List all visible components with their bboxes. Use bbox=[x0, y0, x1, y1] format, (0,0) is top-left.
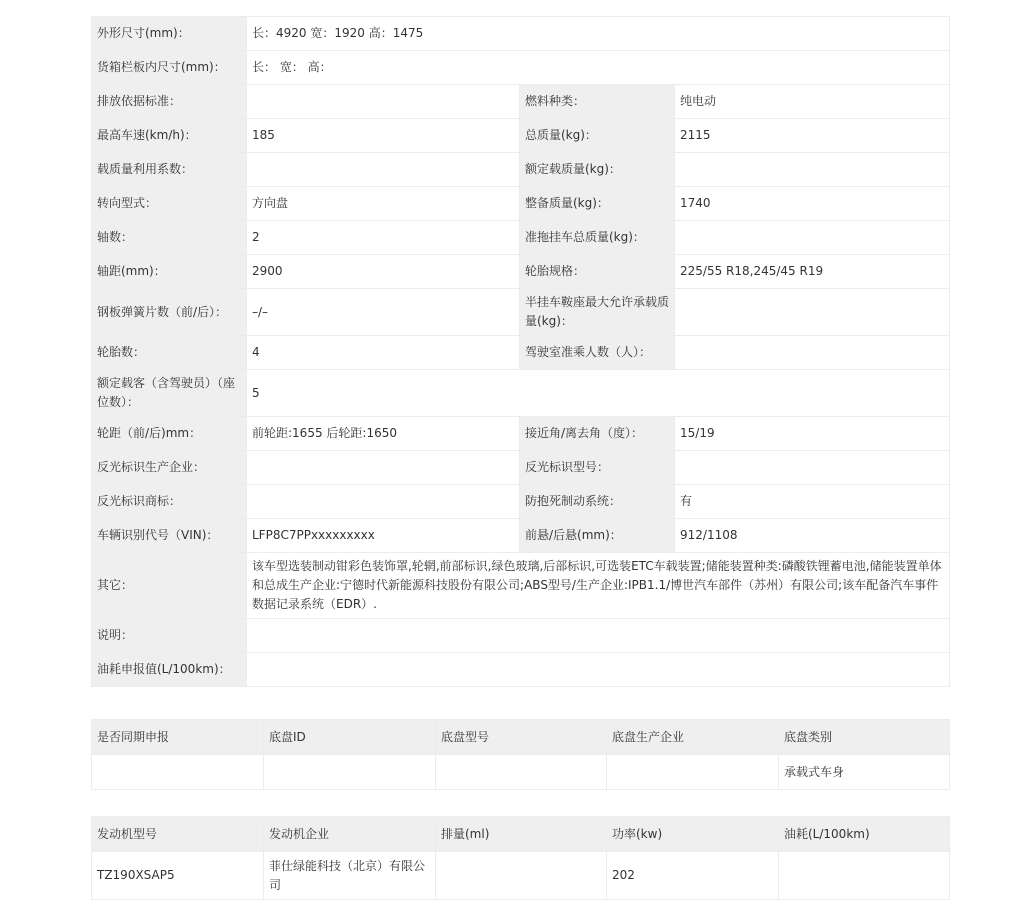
spec-label: 载质量利用系数： bbox=[92, 153, 247, 187]
table-row: 钢板弹簧片数（前/后）： –/– 半挂车鞍座最大允许承载质量(kg)： bbox=[92, 289, 950, 336]
table-row: 外形尺寸(mm)： 长：4920 宽：1920 高：1475 bbox=[92, 17, 950, 51]
spec-label: 反光标识生产企业： bbox=[92, 451, 247, 485]
spec-label: 整备质量(kg)： bbox=[520, 187, 675, 221]
table-row: TZ190XSAP5 菲仕绿能科技（北京）有限公司 202 bbox=[92, 852, 950, 900]
spec-label: 前悬/后悬(mm)： bbox=[520, 519, 675, 553]
spec-value: 225/55 R18,245/45 R19 bbox=[675, 255, 950, 289]
spec-label: 燃料种类： bbox=[520, 85, 675, 119]
fuel-consumption-cell bbox=[779, 852, 950, 900]
spec-label: 总质量(kg)： bbox=[520, 119, 675, 153]
spec-label: 轴数： bbox=[92, 221, 247, 255]
table-row: 额定载客（含驾驶员）（座位数）： 5 bbox=[92, 370, 950, 417]
table-row: 货箱栏板内尺寸(mm)： 长： 宽： 高： bbox=[92, 51, 950, 85]
spec-label: 额定载质量(kg)： bbox=[520, 153, 675, 187]
table-cell bbox=[92, 755, 264, 790]
spec-label: 反光标识商标： bbox=[92, 485, 247, 519]
chassis-table: 是否同期申报 底盘ID 底盘型号 底盘生产企业 底盘类别 承载式车身 bbox=[91, 719, 950, 790]
displacement-cell bbox=[436, 852, 607, 900]
table-row: 其它： 该车型选装制动钳彩色装饰罩,轮辋,前部标识,绿色玻璃,后部标识,可选装E… bbox=[92, 553, 950, 619]
table-row: 轴数： 2 准拖挂车总质量(kg)： bbox=[92, 221, 950, 255]
spec-value: 2900 bbox=[247, 255, 520, 289]
table-row: 载质量利用系数： 额定载质量(kg)： bbox=[92, 153, 950, 187]
spec-value bbox=[675, 451, 950, 485]
spec-label: 驾驶室准乘人数（人）： bbox=[520, 336, 675, 370]
spec-value bbox=[675, 336, 950, 370]
other-label: 其它： bbox=[92, 553, 247, 619]
column-header: 发动机企业 bbox=[264, 817, 436, 852]
table-row: 最高车速(km/h)： 185 总质量(kg)： 2115 bbox=[92, 119, 950, 153]
table-row: 车辆识别代号（VIN)： LFP8C7PPxxxxxxxxx 前悬/后悬(mm)… bbox=[92, 519, 950, 553]
spec-value bbox=[247, 485, 520, 519]
table-cell bbox=[264, 755, 436, 790]
spec-label: 轴距(mm)： bbox=[92, 255, 247, 289]
spec-value: –/– bbox=[247, 289, 520, 336]
table-row: 排放依据标准： 燃料种类： 纯电动 bbox=[92, 85, 950, 119]
note-label: 说明： bbox=[92, 619, 247, 653]
spec-value: 前轮距:1655 后轮距:1650 bbox=[247, 417, 520, 451]
table-row: 反光标识商标： 防抱死制动系统： 有 bbox=[92, 485, 950, 519]
table-header-row: 发动机型号 发动机企业 排量(ml) 功率(kw) 油耗(L/100km) bbox=[92, 817, 950, 852]
other-value: 该车型选装制动钳彩色装饰罩,轮辋,前部标识,绿色玻璃,后部标识,可选装ETC车载… bbox=[247, 553, 950, 619]
column-header: 排量(ml) bbox=[436, 817, 607, 852]
cargo-box-label: 货箱栏板内尺寸(mm)： bbox=[92, 51, 247, 85]
engine-table: 发动机型号 发动机企业 排量(ml) 功率(kw) 油耗(L/100km) TZ… bbox=[91, 816, 950, 900]
spec-value: 2115 bbox=[675, 119, 950, 153]
column-header: 底盘类别 bbox=[779, 720, 950, 755]
table-row: 转向型式： 方向盘 整备质量(kg)： 1740 bbox=[92, 187, 950, 221]
spec-label: 轮胎数： bbox=[92, 336, 247, 370]
engine-maker-cell: 菲仕绿能科技（北京）有限公司 bbox=[264, 852, 436, 900]
spec-value: 15/19 bbox=[675, 417, 950, 451]
spec-label: 车辆识别代号（VIN)： bbox=[92, 519, 247, 553]
column-header: 底盘生产企业 bbox=[607, 720, 779, 755]
table-cell: 承载式车身 bbox=[779, 755, 950, 790]
engine-model-cell: TZ190XSAP5 bbox=[92, 852, 264, 900]
spec-label: 钢板弹簧片数（前/后）： bbox=[92, 289, 247, 336]
spec-label: 接近角/离去角（度）： bbox=[520, 417, 675, 451]
spec-value bbox=[247, 451, 520, 485]
table-row: 轴距(mm)： 2900 轮胎规格： 225/55 R18,245/45 R19 bbox=[92, 255, 950, 289]
spec-value: 1740 bbox=[675, 187, 950, 221]
table-row: 反光标识生产企业： 反光标识型号： bbox=[92, 451, 950, 485]
column-header: 功率(kw) bbox=[607, 817, 779, 852]
spec-value bbox=[675, 289, 950, 336]
fuel-declared-label: 油耗申报值(L/100km)： bbox=[92, 653, 247, 687]
spec-label: 最高车速(km/h)： bbox=[92, 119, 247, 153]
passengers-label: 额定载客（含驾驶员）（座位数）： bbox=[92, 370, 247, 417]
spec-value: 912/1108 bbox=[675, 519, 950, 553]
spec-value: 纯电动 bbox=[675, 85, 950, 119]
spec-value: 4 bbox=[247, 336, 520, 370]
table-cell bbox=[436, 755, 607, 790]
table-row: 油耗申报值(L/100km)： bbox=[92, 653, 950, 687]
spec-value: 有 bbox=[675, 485, 950, 519]
dimensions-value: 长：4920 宽：1920 高：1475 bbox=[247, 17, 950, 51]
column-header: 是否同期申报 bbox=[92, 720, 264, 755]
column-header: 底盘型号 bbox=[436, 720, 607, 755]
spec-label: 准拖挂车总质量(kg)： bbox=[520, 221, 675, 255]
spec-label: 半挂车鞍座最大允许承载质量(kg)： bbox=[520, 289, 675, 336]
spec-label: 排放依据标准： bbox=[92, 85, 247, 119]
table-row: 轮胎数： 4 驾驶室准乘人数（人）： bbox=[92, 336, 950, 370]
spec-label: 轮距（前/后)mm： bbox=[92, 417, 247, 451]
table-row: 说明： bbox=[92, 619, 950, 653]
note-value bbox=[247, 619, 950, 653]
vehicle-spec-table: 外形尺寸(mm)： 长：4920 宽：1920 高：1475 货箱栏板内尺寸(m… bbox=[91, 16, 950, 687]
column-header: 底盘ID bbox=[264, 720, 436, 755]
table-cell bbox=[607, 755, 779, 790]
spec-value bbox=[675, 221, 950, 255]
fuel-declared-value bbox=[247, 653, 950, 687]
spec-value: 2 bbox=[247, 221, 520, 255]
dimensions-label: 外形尺寸(mm)： bbox=[92, 17, 247, 51]
spec-label: 转向型式： bbox=[92, 187, 247, 221]
spec-value bbox=[675, 153, 950, 187]
power-cell: 202 bbox=[607, 852, 779, 900]
spec-label: 轮胎规格： bbox=[520, 255, 675, 289]
table-header-row: 是否同期申报 底盘ID 底盘型号 底盘生产企业 底盘类别 bbox=[92, 720, 950, 755]
spec-value: 方向盘 bbox=[247, 187, 520, 221]
table-row: 承载式车身 bbox=[92, 755, 950, 790]
table-row: 轮距（前/后)mm： 前轮距:1655 后轮距:1650 接近角/离去角（度）：… bbox=[92, 417, 950, 451]
passengers-value: 5 bbox=[247, 370, 950, 417]
vin-value: LFP8C7PPxxxxxxxxx bbox=[247, 519, 520, 553]
column-header: 油耗(L/100km) bbox=[779, 817, 950, 852]
spec-value: 185 bbox=[247, 119, 520, 153]
column-header: 发动机型号 bbox=[92, 817, 264, 852]
spec-label: 反光标识型号： bbox=[520, 451, 675, 485]
spec-label: 防抱死制动系统： bbox=[520, 485, 675, 519]
spec-value bbox=[247, 153, 520, 187]
spec-value bbox=[247, 85, 520, 119]
cargo-box-value: 长： 宽： 高： bbox=[247, 51, 950, 85]
